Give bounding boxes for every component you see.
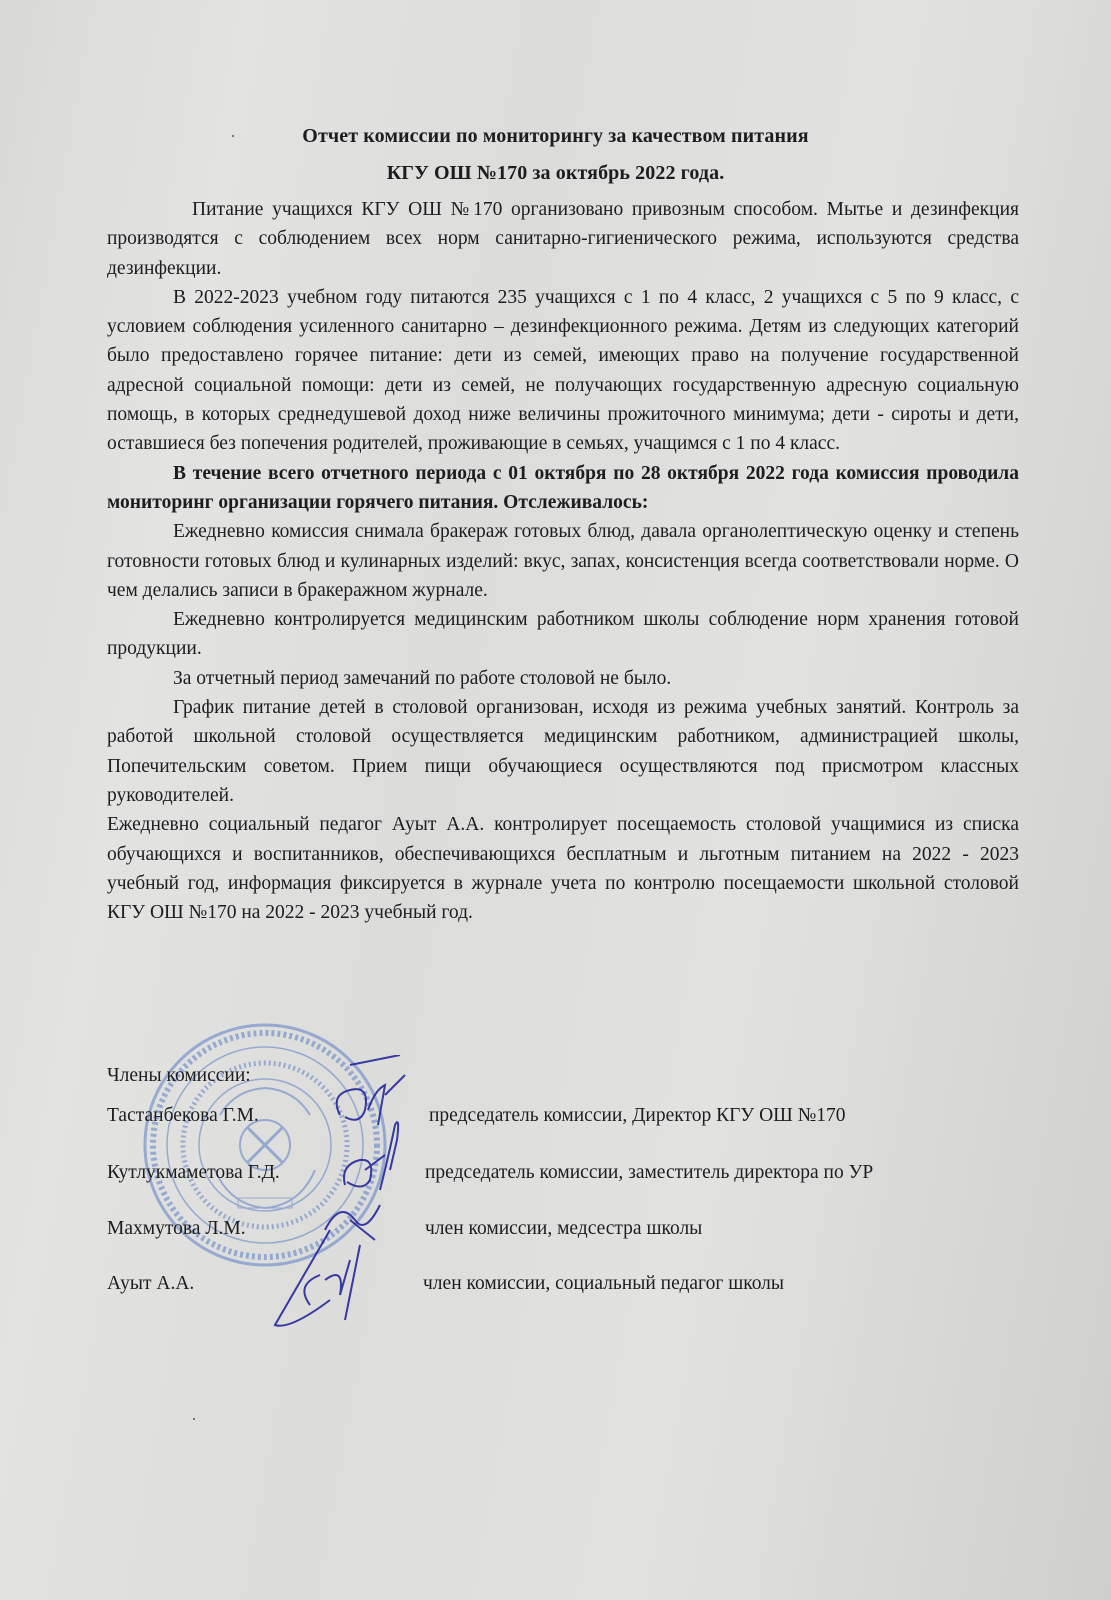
member-role: член комиссии, социальный педагог школы bbox=[423, 1273, 784, 1295]
paragraph-attendance: Ежедневно социальный педагог Ауыт А.А. к… bbox=[107, 810, 1019, 927]
paragraph-brakerazh: Ежедневно комиссия снимала бракераж гото… bbox=[107, 517, 1019, 605]
member-name: Кутлукмаметова Г.Д. bbox=[107, 1162, 280, 1184]
member-name: Махмутова Л.М. bbox=[107, 1218, 246, 1240]
scan-speck bbox=[232, 135, 234, 137]
member-role: председатель комиссии, заместитель дирек… bbox=[425, 1162, 873, 1184]
scan-speck bbox=[193, 1418, 195, 1420]
paragraph-monitoring-period: В течение всего отчетного периода с 01 о… bbox=[107, 459, 1019, 518]
member-role: член комиссии, медсестра школы bbox=[425, 1218, 702, 1240]
signature-auyt-icon bbox=[270, 1225, 380, 1335]
members-heading: Члены комиссии: bbox=[107, 1065, 251, 1087]
paragraph-organization: Питание учащихся КГУ ОШ №170 организован… bbox=[107, 195, 1019, 283]
member-name: Тастанбекова Г.М. bbox=[107, 1105, 259, 1127]
paragraph-no-remarks: За отчетный период замечаний по работе с… bbox=[107, 664, 1019, 693]
member-row: Ауыт А.А. член комиссии, социальный педа… bbox=[107, 1273, 1007, 1303]
signature-kutlukmametova-icon bbox=[335, 1110, 415, 1200]
paragraph-schedule: График питание детей в столовой организо… bbox=[107, 693, 1019, 810]
member-row: Махмутова Л.М. член комиссии, медсестра … bbox=[107, 1218, 1007, 1248]
member-role: председатель комиссии, Директор КГУ ОШ №… bbox=[429, 1105, 846, 1127]
document-body: Питание учащихся КГУ ОШ №170 организован… bbox=[107, 195, 1019, 927]
paragraph-students: В 2022-2023 учебном году питаются 235 уч… bbox=[107, 283, 1019, 459]
member-row: Тастанбекова Г.М. председатель комиссии,… bbox=[107, 1105, 1007, 1135]
member-name: Ауыт А.А. bbox=[107, 1273, 194, 1295]
member-row: Кутлукмаметова Г.Д. председатель комисси… bbox=[107, 1162, 1007, 1192]
document-page: Отчет комиссии по мониторингу за качеств… bbox=[0, 0, 1111, 1600]
paragraph-storage-control: Ежедневно контролируется медицинским раб… bbox=[107, 605, 1019, 664]
document-title-line2: КГУ ОШ №170 за октябрь 2022 года. bbox=[0, 162, 1111, 185]
document-title-line1: Отчет комиссии по мониторингу за качеств… bbox=[0, 125, 1111, 148]
